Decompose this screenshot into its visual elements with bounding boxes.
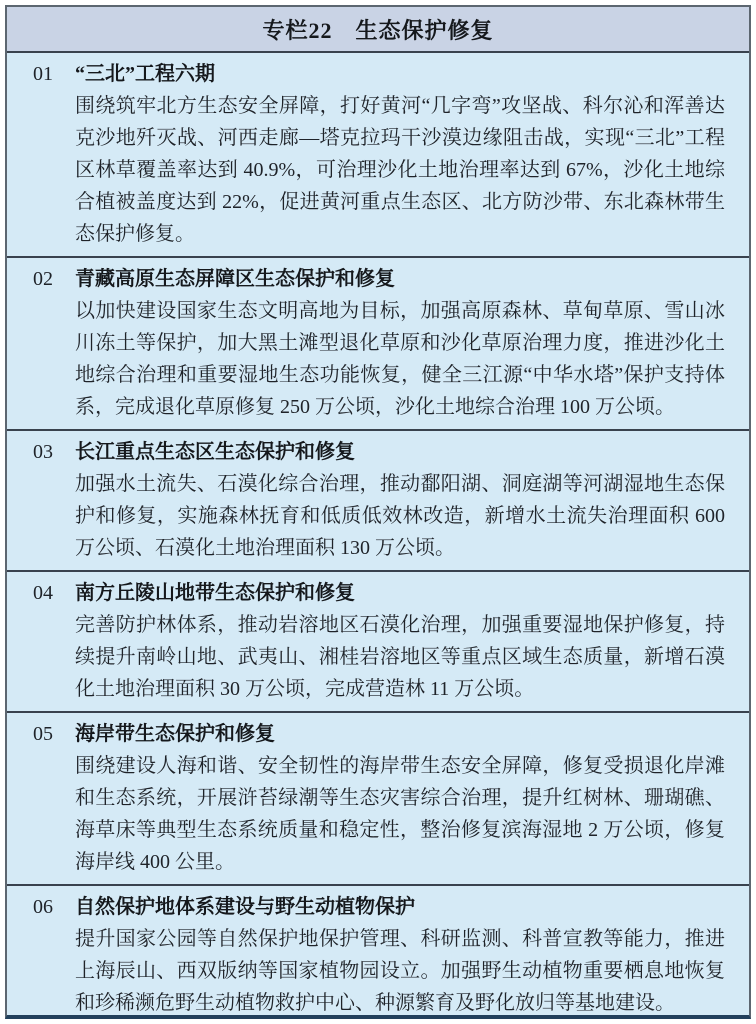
section-06: 06 自然保护地体系建设与野生动植物保护 提升国家公园等自然保护地保护管理、科研… bbox=[7, 886, 749, 1024]
section-05: 05 海岸带生态保护和修复 围绕建设人海和谐、安全韧性的海岸带生态安全屏障，修复… bbox=[7, 713, 749, 886]
section-body: 加强水土流失、石漠化综合治理，推动鄱阳湖、洞庭湖等河湖湿地生态保护和修复，实施森… bbox=[75, 468, 725, 564]
section-title: 自然保护地体系建设与野生动植物保护 bbox=[75, 891, 725, 923]
document-page: 专栏22 生态保护修复 01 “三北”工程六期 围绕筑牢北方生态安全屏障，打好黄… bbox=[0, 0, 756, 1024]
section-content: 长江重点生态区生态保护和修复 加强水土流失、石漠化综合治理，推动鄱阳湖、洞庭湖等… bbox=[75, 436, 725, 564]
section-body: 提升国家公园等自然保护地保护管理、科研监测、科普宣教等能力，推进上海辰山、西双版… bbox=[75, 923, 725, 1019]
section-content: 南方丘陵山地带生态保护和修复 完善防护林体系，推动岩溶地区石漠化治理，加强重要湿… bbox=[75, 577, 725, 705]
section-content: “三北”工程六期 围绕筑牢北方生态安全屏障，打好黄河“几字弯”攻坚战、科尔沁和浑… bbox=[75, 58, 725, 250]
section-01: 01 “三北”工程六期 围绕筑牢北方生态安全屏障，打好黄河“几字弯”攻坚战、科尔… bbox=[7, 53, 749, 258]
section-body: 围绕筑牢北方生态安全屏障，打好黄河“几字弯”攻坚战、科尔沁和浑善达克沙地歼灭战、… bbox=[75, 90, 725, 250]
section-number: 03 bbox=[33, 436, 75, 564]
section-content: 青藏高原生态屏障区生态保护和修复 以加快建设国家生态文明高地为目标，加强高原森林… bbox=[75, 263, 725, 423]
section-title: 青藏高原生态屏障区生态保护和修复 bbox=[75, 263, 725, 295]
panel-title: 专栏22 生态保护修复 bbox=[7, 7, 749, 53]
section-number: 04 bbox=[33, 577, 75, 705]
sections-container: 01 “三北”工程六期 围绕筑牢北方生态安全屏障，打好黄河“几字弯”攻坚战、科尔… bbox=[7, 53, 749, 1024]
section-number: 02 bbox=[33, 263, 75, 423]
section-number: 06 bbox=[33, 891, 75, 1019]
section-title: 南方丘陵山地带生态保护和修复 bbox=[75, 577, 725, 609]
section-body: 完善防护林体系，推动岩溶地区石漠化治理，加强重要湿地保护修复，持续提升南岭山地、… bbox=[75, 609, 725, 705]
section-02: 02 青藏高原生态屏障区生态保护和修复 以加快建设国家生态文明高地为目标，加强高… bbox=[7, 258, 749, 431]
section-number: 05 bbox=[33, 718, 75, 878]
section-body: 以加快建设国家生态文明高地为目标，加强高原森林、草甸草原、雪山冰川冻土等保护，加… bbox=[75, 295, 725, 423]
section-title: 海岸带生态保护和修复 bbox=[75, 718, 725, 750]
section-04: 04 南方丘陵山地带生态保护和修复 完善防护林体系，推动岩溶地区石漠化治理，加强… bbox=[7, 572, 749, 713]
section-03: 03 长江重点生态区生态保护和修复 加强水土流失、石漠化综合治理，推动鄱阳湖、洞… bbox=[7, 431, 749, 572]
section-title: “三北”工程六期 bbox=[75, 58, 725, 90]
feature-box-panel: 专栏22 生态保护修复 01 “三北”工程六期 围绕筑牢北方生态安全屏障，打好黄… bbox=[5, 5, 751, 1019]
section-content: 海岸带生态保护和修复 围绕建设人海和谐、安全韧性的海岸带生态安全屏障，修复受损退… bbox=[75, 718, 725, 878]
section-title: 长江重点生态区生态保护和修复 bbox=[75, 436, 725, 468]
section-body: 围绕建设人海和谐、安全韧性的海岸带生态安全屏障，修复受损退化岸滩和生态系统，开展… bbox=[75, 750, 725, 878]
section-number: 01 bbox=[33, 58, 75, 250]
section-content: 自然保护地体系建设与野生动植物保护 提升国家公园等自然保护地保护管理、科研监测、… bbox=[75, 891, 725, 1019]
